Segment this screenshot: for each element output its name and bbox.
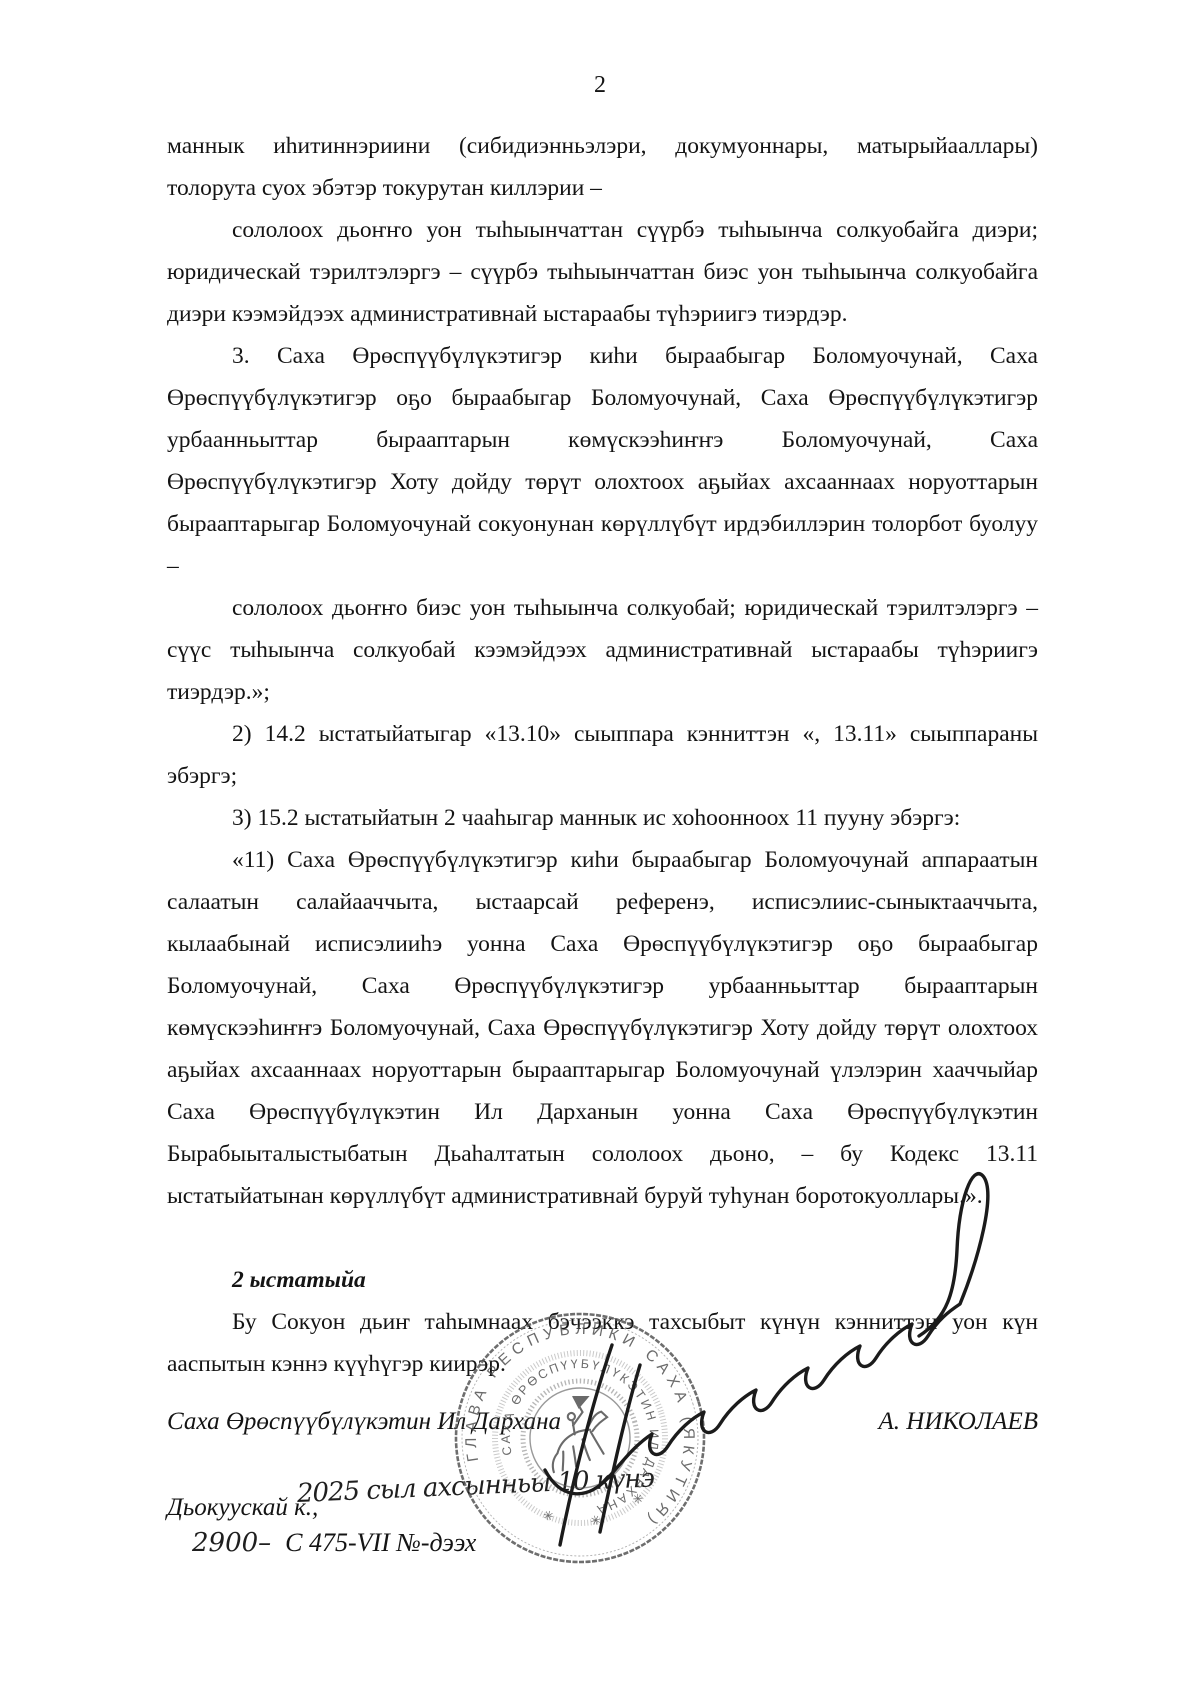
handwritten-signature bbox=[420, 1140, 1040, 1610]
body-paragraph: 3) 15.2 ыстатыйатын 2 чааһыгар маннык ис… bbox=[167, 797, 1038, 839]
place-line: Дьокуускай к., bbox=[167, 1494, 318, 1522]
body-paragraph: 2) 14.2 ыстатыйатыгар «13.10» сыыппара к… bbox=[167, 713, 1038, 797]
body-paragraph: сололоох дьоҥҥо уон тыһыынчаттан сүүрбэ … bbox=[167, 209, 1038, 335]
signature-scrawl bbox=[545, 1174, 988, 1545]
body-paragraph: 3. Саха Өрөспүүбүлүкэтигэр киһи быраабыг… bbox=[167, 335, 1038, 587]
handwritten-registration-number: 2900– bbox=[192, 1528, 271, 1558]
document-page: 2 маннык иһитиннэриини (сибидиэнньэлэри,… bbox=[0, 0, 1200, 1697]
body-paragraph: сололоох дьоҥҥо биэс уон тыһыынча солкуо… bbox=[167, 587, 1038, 713]
page-number: 2 bbox=[0, 72, 1200, 99]
body-paragraph: маннык иһитиннэриини (сибидиэнньэлэри, д… bbox=[167, 125, 1038, 209]
